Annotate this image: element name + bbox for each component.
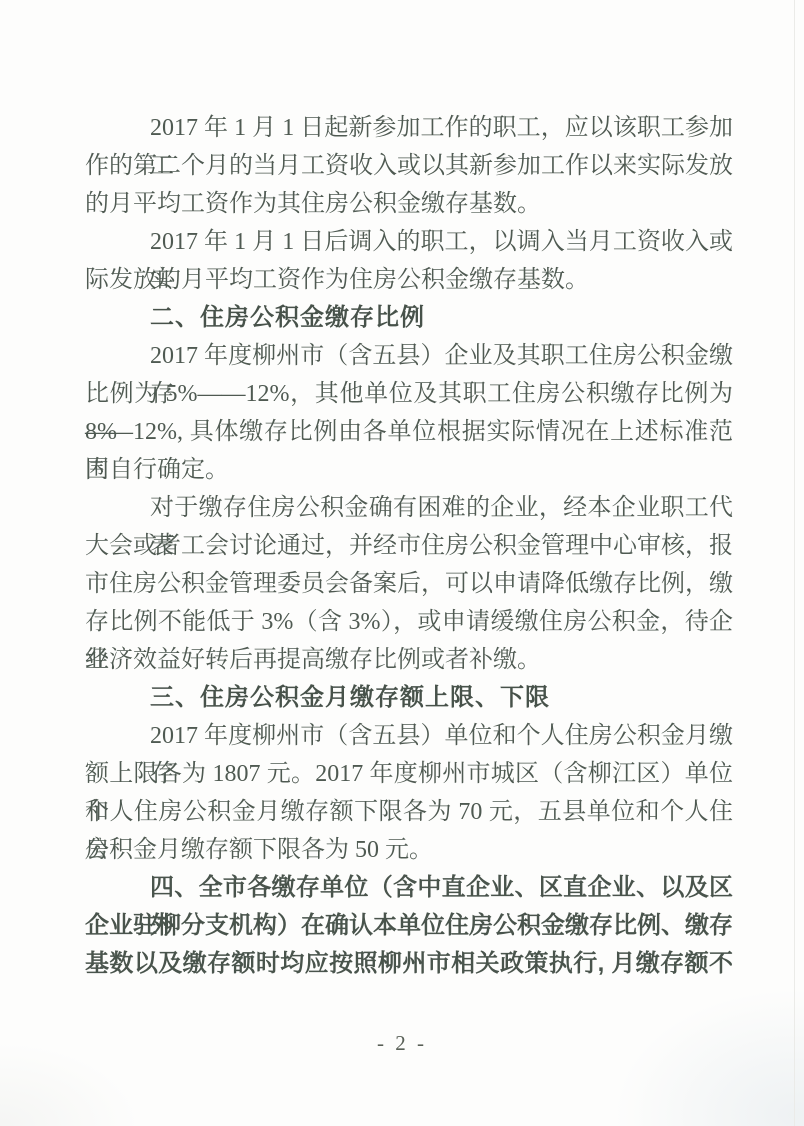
paragraph-line: 作的第二个月的当月工资收入或以其新参加工作以来实际发放 (85, 147, 733, 185)
paragraph-line: 经济效益好转后再提高缴存比例或者补缴。 (85, 641, 733, 679)
section-heading-4-line: 基数以及缴存额时均应按照柳州市相关政策执行, 月缴存额不 (85, 945, 733, 983)
paragraph-line: 的月平均工资作为其住房公积金缴存基数。 (85, 185, 733, 223)
paragraph-line: 大会或者工会讨论通过，并经市住房公积金管理中心审核，报 (85, 527, 733, 565)
paragraph-line: 际发放的月平均工资作为住房公积金缴存基数。 (85, 261, 733, 299)
scan-edge-shadow (794, 0, 795, 1126)
text-block: 2017 年 1 月 1 日起新参加工作的职工，应以该职工参加工 作的第二个月的… (85, 109, 733, 983)
paragraph-line: 对于缴存住房公积金确有困难的企业，经本企业职工代表 (85, 489, 733, 527)
paragraph-line: ——12%, 具体缴存比例由各单位根据实际情况在上述标准范围 (85, 413, 733, 451)
paragraph-line: 比例为 5%——12%，其他单位及其职工住房公积缴存比例为 8% (85, 375, 733, 413)
paragraph-line: 内自行确定。 (85, 451, 733, 489)
paragraph-line: 市住房公积金管理委员会备案后，可以申请降低缴存比例，缴 (85, 565, 733, 603)
paragraph-line: 2017 年 1 月 1 日起新参加工作的职工，应以该职工参加工 (85, 109, 733, 147)
paragraph-line: 公积金月缴存额下限各为 50 元。 (85, 831, 733, 869)
section-heading-2: 二、住房公积金缴存比例 (85, 299, 733, 337)
paragraph-line: 个人住房公积金月缴存额下限各为 70 元，五县单位和个人住房 (85, 793, 733, 831)
section-heading-4-line: 四、全市各缴存单位（含中直企业、区直企业、以及区外 (85, 869, 733, 907)
section-heading-3: 三、住房公积金月缴存额上限、下限 (85, 679, 733, 717)
paragraph-line: 额上限各为 1807 元。2017 年度柳州市城区（含柳江区）单位和 (85, 755, 733, 793)
paragraph-line: 存比例不能低于 3%（含 3%），或申请缓缴住房公积金，待企业 (85, 603, 733, 641)
page-number: - 2 - (0, 1030, 804, 1056)
paragraph-line: 2017 年度柳州市（含五县）企业及其职工住房公积金缴存 (85, 337, 733, 375)
document-page: 2017 年 1 月 1 日起新参加工作的职工，应以该职工参加工 作的第二个月的… (0, 0, 804, 1126)
paragraph-line: 2017 年 1 月 1 日后调入的职工，以调入当月工资收入或实 (85, 223, 733, 261)
section-heading-4-line: 企业驻柳分支机构）在确认本单位住房公积金缴存比例、缴存 (85, 907, 733, 945)
paragraph-line: 2017 年度柳州市（含五县）单位和个人住房公积金月缴存 (85, 717, 733, 755)
